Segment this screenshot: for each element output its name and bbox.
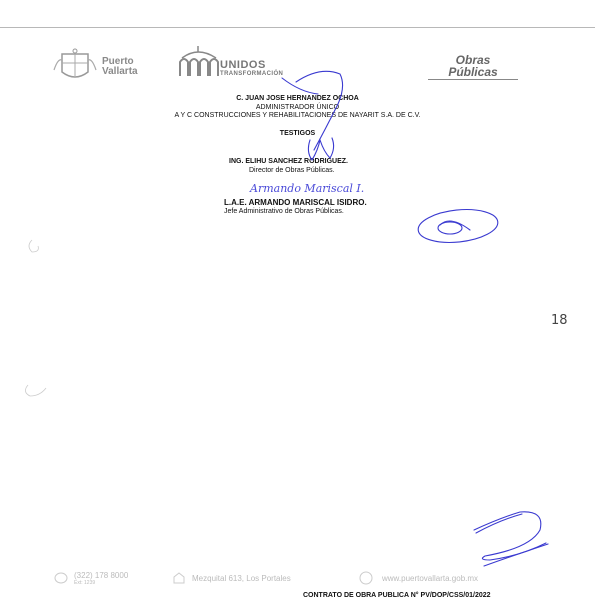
footer-phone: (322) 178 8000 — [74, 571, 128, 580]
phone-icon — [54, 572, 68, 584]
handwritten-signatures — [0, 0, 595, 612]
footer-website[interactable]: www.puertovallarta.gob.mx — [382, 574, 478, 583]
footer-phone-ext: Ext: 1239 — [74, 580, 95, 586]
page-number: 18 — [551, 313, 568, 328]
footer-address: Mezquital 613, Los Portales — [192, 574, 291, 583]
location-icon — [172, 572, 186, 584]
globe-icon — [358, 571, 374, 585]
contract-number: CONTRATO DE OBRA PUBLICA N° PV/DOP/CSS/0… — [303, 592, 491, 599]
